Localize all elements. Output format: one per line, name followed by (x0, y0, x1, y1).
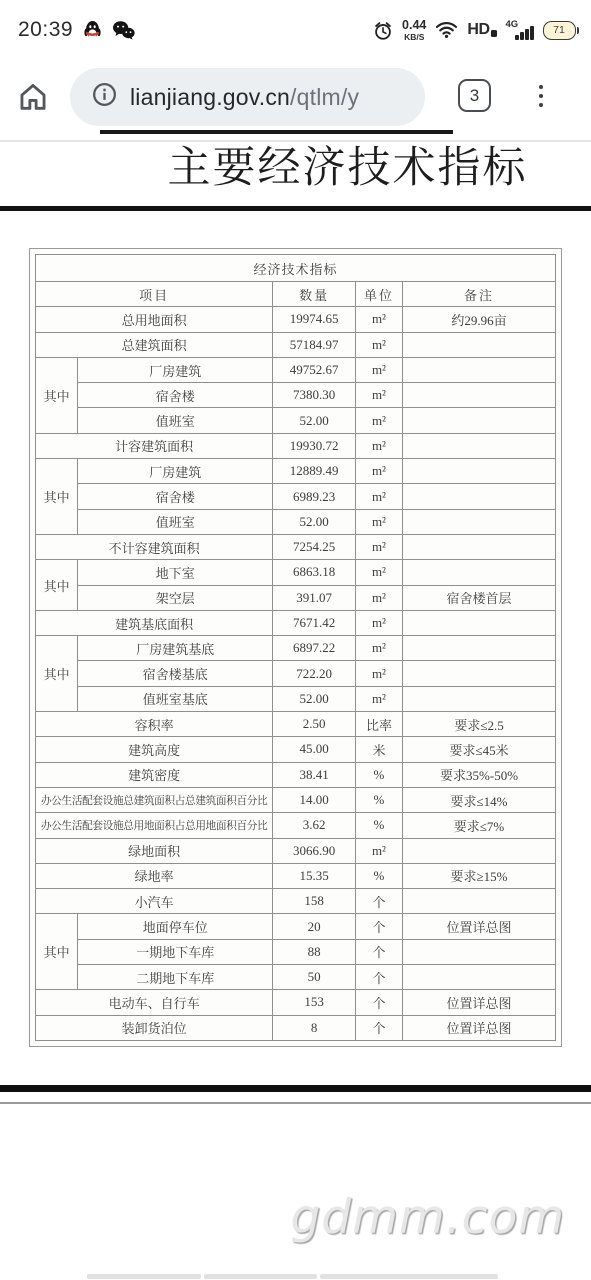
table-cell: 绿地率 (36, 863, 273, 888)
table-cell: 宿舍楼 (78, 484, 273, 509)
table-cell: 个 (355, 939, 402, 964)
table-cell: 要求35%-50% (403, 762, 556, 787)
table-cell: 小汽车 (36, 889, 273, 914)
table-row: 一期地下车库88个 (36, 939, 556, 964)
clock-time: 20:39 (18, 18, 73, 42)
table-cell: m² (355, 560, 402, 585)
table-row: 小汽车158个 (36, 889, 556, 914)
table-row: 绿地面积3066.90m² (36, 838, 556, 863)
table-cell: 宿舍楼 (78, 383, 273, 408)
bottom-bar-segment (87, 1274, 201, 1279)
table-cell: 约29.96亩 (403, 307, 556, 332)
table-row: 其中厂房建筑12889.49m² (36, 459, 556, 484)
table-cell: 57184.97 (273, 332, 355, 357)
menu-button[interactable] (530, 77, 552, 115)
table-cell: 个 (355, 889, 402, 914)
browser-toolbar: lianjiang.gov.cn/qtlm/y 3 (0, 64, 591, 130)
divider-heavy-bottom (0, 1085, 591, 1092)
divider-partial-dark (100, 130, 453, 134)
table-cell (403, 408, 556, 433)
table-cell: m² (355, 686, 402, 711)
table-cell: 宿舍楼基底 (78, 661, 273, 686)
table-cell: 38.41 (273, 762, 355, 787)
table-cell: 办公生活配套设施总用地面积占总用地面积百分比 (36, 813, 273, 838)
table-cell (403, 560, 556, 585)
table-row: 宿舍楼7380.30m² (36, 383, 556, 408)
home-button[interactable] (16, 80, 50, 114)
table-row: 总用地面积19974.65m²约29.96亩 (36, 307, 556, 332)
url-text: lianjiang.gov.cn/qtlm/y (130, 84, 359, 111)
table-row: 其中地面停车位20个位置详总图 (36, 914, 556, 939)
table-cell: 50 (273, 965, 355, 990)
table-cell: 其中 (36, 636, 78, 712)
table-cell: 45.00 (273, 737, 355, 762)
table-cell: 个 (355, 965, 402, 990)
table-cell: 其中 (36, 914, 78, 990)
table-cell: m² (355, 484, 402, 509)
table-cell: 项目 (36, 282, 273, 307)
table-row: 不计容建筑面积7254.25m² (36, 534, 556, 559)
table-cell: 办公生活配套设施总建筑面积占总建筑面积百分比 (36, 787, 273, 812)
table-row: 值班室52.00m² (36, 408, 556, 433)
table-cell: 要求≤2.5 (403, 712, 556, 737)
table-cell: 88 (273, 939, 355, 964)
battery-nub (577, 27, 580, 34)
table-cell: 其中 (36, 560, 78, 611)
table-cell (403, 459, 556, 484)
table-cell: m² (355, 307, 402, 332)
table-cell: 总用地面积 (36, 307, 273, 332)
table-cell: 单位 (355, 282, 402, 307)
table-cell: m² (355, 433, 402, 458)
table-cell: 值班室 (78, 408, 273, 433)
table-cell (403, 357, 556, 382)
table-row: 办公生活配套设施总建筑面积占总建筑面积百分比14.00%要求≤14% (36, 787, 556, 812)
table-row: 架空层391.07m²宿舍楼首层 (36, 585, 556, 610)
table-cell: 架空层 (78, 585, 273, 610)
table-row: 宿舍楼基底722.20m² (36, 661, 556, 686)
table-cell: m² (355, 585, 402, 610)
table-cell: 52.00 (273, 408, 355, 433)
table-row: 项目数量单位备注 (36, 282, 556, 307)
table-cell: 厂房建筑 (78, 357, 273, 382)
table-cell: m² (355, 383, 402, 408)
table-cell: 经济技术指标 (36, 255, 556, 282)
table-cell: 备注 (403, 282, 556, 307)
table-row: 二期地下车库50个 (36, 965, 556, 990)
table-cell: 地面停车位 (78, 914, 273, 939)
table-cell: % (355, 813, 402, 838)
table-cell: 52.00 (273, 509, 355, 534)
table-cell: % (355, 863, 402, 888)
indicator-table-frame: 经济技术指标项目数量单位备注总用地面积19974.65m²约29.96亩总建筑面… (29, 248, 562, 1047)
table-cell: 19974.65 (273, 307, 355, 332)
table-cell: 其中 (36, 459, 78, 535)
table-cell: m² (355, 534, 402, 559)
network-speed-value: 0.44 (402, 19, 426, 32)
battery-icon: 71 (543, 21, 580, 40)
table-cell: 6989.23 (273, 484, 355, 509)
table-cell: 位置详总图 (403, 914, 556, 939)
table-cell: m² (355, 408, 402, 433)
table-cell: 153 (273, 990, 355, 1015)
bottom-bar-segment (204, 1274, 317, 1279)
table-cell: 3.62 (273, 813, 355, 838)
status-bar: 20:39 (18, 12, 579, 48)
table-cell: m² (355, 357, 402, 382)
network-speed: 0.44 KB/S (402, 19, 426, 41)
table-cell: 宿舍楼首层 (403, 585, 556, 610)
table-cell: 要求≤45米 (403, 737, 556, 762)
table-cell: 个 (355, 1015, 402, 1040)
table-row: 宿舍楼6989.23m² (36, 484, 556, 509)
table-cell: m² (355, 459, 402, 484)
table-row: 绿地率15.35%要求≥15% (36, 863, 556, 888)
table-cell: 7671.42 (273, 610, 355, 635)
table-row: 容积率2.50比率要求≤2.5 (36, 712, 556, 737)
table-row: 值班室52.00m² (36, 509, 556, 534)
divider-heavy-top (0, 206, 591, 211)
indicator-table-body: 经济技术指标项目数量单位备注总用地面积19974.65m²约29.96亩总建筑面… (36, 255, 556, 1041)
table-cell: 建筑密度 (36, 762, 273, 787)
table-cell (403, 636, 556, 661)
table-cell (403, 534, 556, 559)
network-speed-unit: KB/S (404, 33, 424, 42)
table-cell: 19930.72 (273, 433, 355, 458)
phone-screen: 20:39 (0, 0, 591, 1280)
table-cell (403, 484, 556, 509)
table-cell: 6863.18 (273, 560, 355, 585)
signal-bars (515, 26, 533, 40)
table-row: 其中地下室6863.18m² (36, 560, 556, 585)
table-cell: 3066.90 (273, 838, 355, 863)
table-cell: 2.50 (273, 712, 355, 737)
table-cell: 建筑高度 (36, 737, 273, 762)
table-cell: 49752.67 (273, 357, 355, 382)
volte-hd-label: HD (467, 21, 489, 39)
table-row: 办公生活配套设施总用地面积占总用地面积百分比3.62%要求≤7% (36, 813, 556, 838)
table-cell (403, 509, 556, 534)
table-cell: 722.20 (273, 661, 355, 686)
table-cell (403, 838, 556, 863)
table-cell: 要求≤7% (403, 813, 556, 838)
url-bar[interactable]: lianjiang.gov.cn/qtlm/y (70, 68, 425, 126)
table-cell (403, 610, 556, 635)
table-cell: 一期地下车库 (78, 939, 273, 964)
tab-switcher-button[interactable]: 3 (458, 79, 491, 112)
battery-percent: 71 (543, 21, 576, 40)
table-cell: 二期地下车库 (78, 965, 273, 990)
signal-strength-icon: 4G (506, 20, 534, 41)
table-cell: 要求≥15% (403, 863, 556, 888)
table-row: 电动车、自行车153个位置详总图 (36, 990, 556, 1015)
table-cell (403, 939, 556, 964)
table-row: 建筑高度45.00米要求≤45米 (36, 737, 556, 762)
table-cell: 地下室 (78, 560, 273, 585)
divider-thin-bottom (0, 1102, 591, 1104)
table-cell: 个 (355, 914, 402, 939)
page-info-icon[interactable] (91, 81, 118, 113)
table-cell: 建筑基底面积 (36, 610, 273, 635)
volte-hd-badge (491, 30, 497, 37)
table-row: 值班室基底52.00m² (36, 686, 556, 711)
table-cell: m² (355, 332, 402, 357)
table-cell (403, 686, 556, 711)
tab-count: 3 (470, 86, 479, 106)
url-host: lianjiang.gov.cn (130, 84, 290, 110)
table-cell: m² (355, 636, 402, 661)
table-cell: m² (355, 661, 402, 686)
volte-hd-icon: HD (467, 21, 496, 39)
table-cell: 158 (273, 889, 355, 914)
table-row: 经济技术指标 (36, 255, 556, 282)
table-cell: 比率 (355, 712, 402, 737)
table-cell (403, 332, 556, 357)
table-cell (403, 965, 556, 990)
table-cell: 6897.22 (273, 636, 355, 661)
table-cell: 厂房建筑基底 (78, 636, 273, 661)
table-cell: 15.35 (273, 863, 355, 888)
table-cell: 其中 (36, 357, 78, 433)
table-cell: 14.00 (273, 787, 355, 812)
table-cell: 容积率 (36, 712, 273, 737)
table-cell: 7380.30 (273, 383, 355, 408)
table-cell: 电动车、自行车 (36, 990, 273, 1015)
table-cell: % (355, 787, 402, 812)
table-cell: % (355, 762, 402, 787)
table-row: 建筑基底面积7671.42m² (36, 610, 556, 635)
table-cell: 值班室 (78, 509, 273, 534)
table-cell: 总建筑面积 (36, 332, 273, 357)
table-cell: 7254.25 (273, 534, 355, 559)
table-cell (403, 661, 556, 686)
table-cell: 绿地面积 (36, 838, 273, 863)
table-cell: 要求≤14% (403, 787, 556, 812)
wifi-icon (435, 21, 458, 39)
table-cell: 厂房建筑 (78, 459, 273, 484)
table-cell: 数量 (273, 282, 355, 307)
table-cell: 米 (355, 737, 402, 762)
table-row: 计容建筑面积19930.72m² (36, 433, 556, 458)
table-cell (403, 383, 556, 408)
bottom-bar-segment (320, 1274, 498, 1279)
table-cell: m² (355, 610, 402, 635)
table-cell (403, 433, 556, 458)
qq-icon (83, 20, 102, 41)
table-row: 建筑密度38.41%要求35%-50% (36, 762, 556, 787)
url-path: /qtlm/y (290, 84, 359, 110)
alarm-icon (373, 20, 393, 41)
wechat-icon (112, 20, 135, 40)
table-cell: 20 (273, 914, 355, 939)
table-cell: 8 (273, 1015, 355, 1040)
table-cell: 位置详总图 (403, 1015, 556, 1040)
table-cell: 装卸货泊位 (36, 1015, 273, 1040)
table-cell: 值班室基底 (78, 686, 273, 711)
table-cell: 12889.49 (273, 459, 355, 484)
table-cell: 计容建筑面积 (36, 433, 273, 458)
indicator-table: 经济技术指标项目数量单位备注总用地面积19974.65m²约29.96亩总建筑面… (35, 254, 556, 1041)
table-cell (403, 889, 556, 914)
table-cell: 391.07 (273, 585, 355, 610)
table-cell: 52.00 (273, 686, 355, 711)
table-cell: 个 (355, 990, 402, 1015)
page-title: 主要经济技术指标 (0, 142, 591, 196)
table-cell: m² (355, 838, 402, 863)
bottom-bars (87, 1274, 498, 1279)
status-bar-right: 0.44 KB/S HD 4G 71 (373, 19, 579, 41)
table-row: 其中厂房建筑基底6897.22m² (36, 636, 556, 661)
table-cell: 位置详总图 (403, 990, 556, 1015)
table-row: 其中厂房建筑49752.67m² (36, 357, 556, 382)
table-row: 总建筑面积57184.97m² (36, 332, 556, 357)
table-cell: m² (355, 509, 402, 534)
status-bar-left: 20:39 (18, 18, 135, 42)
table-row: 装卸货泊位8个位置详总图 (36, 1015, 556, 1040)
table-cell: 不计容建筑面积 (36, 534, 273, 559)
watermark: gdmm.com (290, 1190, 565, 1245)
